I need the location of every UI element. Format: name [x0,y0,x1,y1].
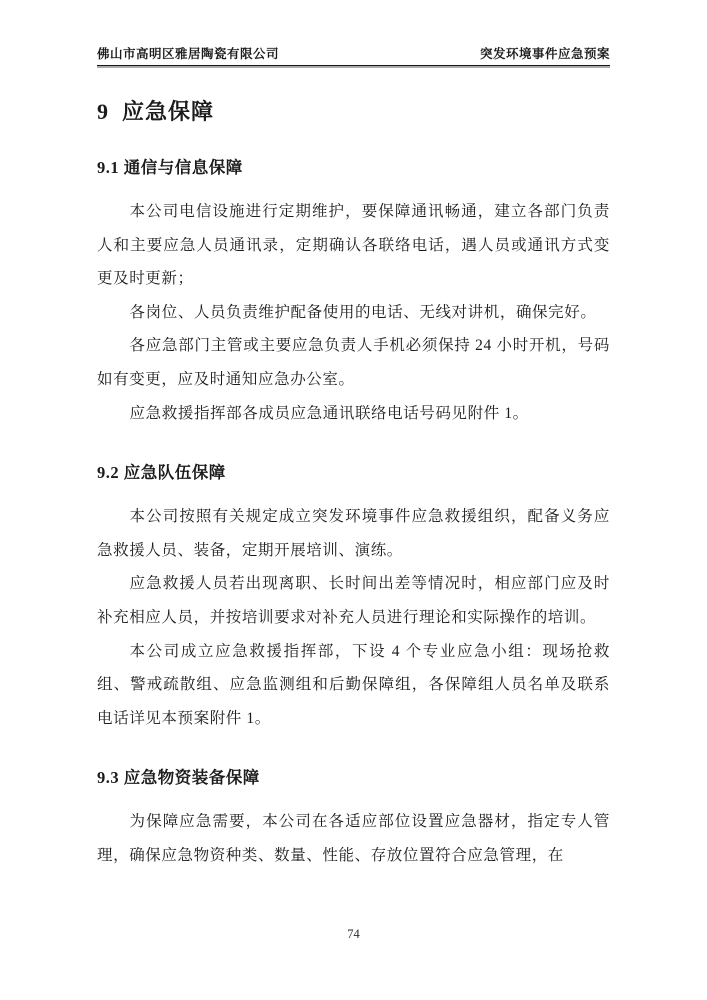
section-heading-9-1: 9.1 通信与信息保障 [97,156,610,180]
paragraph: 应急救援指挥部各成员应急通讯联络电话号码见附件 1。 [97,397,610,431]
section-heading-9-2: 9.2 应急队伍保障 [97,461,610,485]
header-company-name: 佛山市高明区雅居陶瓷有限公司 [97,47,279,62]
paragraph: 本公司成立应急救援指挥部，下设 4 个专业应急小组：现场抢救组、警戒疏散组、应急… [97,635,610,736]
document-page: 佛山市高明区雅居陶瓷有限公司 突发环境事件应急预案 9 应急保障 9.1 通信与… [0,0,707,1000]
paragraph: 各应急部门主管或主要应急负责人手机必须保持 24 小时开机，号码如有变更，应及时… [97,329,610,396]
header-row: 佛山市高明区雅居陶瓷有限公司 突发环境事件应急预案 [97,47,610,62]
paragraph: 本公司按照有关规定成立突发环境事件应急救援组织，配备义务应急救援人员、装备，定期… [97,500,610,567]
paragraph: 各岗位、人员负责维护配备使用的电话、无线对讲机，确保完好。 [97,296,610,330]
page-header: 佛山市高明区雅居陶瓷有限公司 突发环境事件应急预案 [97,0,610,68]
section-heading-9-3: 9.3 应急物资装备保障 [97,766,610,790]
page-content-area: 佛山市高明区雅居陶瓷有限公司 突发环境事件应急预案 9 应急保障 9.1 通信与… [0,0,707,873]
paragraph: 本公司电信设施进行定期维护，要保障通讯畅通，建立各部门负责人和主要应急人员通讯录… [97,195,610,296]
header-rule-divider [97,65,610,68]
paragraph: 应急救援人员若出现离职、长时间出差等情况时，相应部门应及时补充相应人员，并按培训… [97,567,610,634]
page-number: 74 [347,927,360,941]
page-footer: 74 [0,927,707,942]
paragraph: 为保障应急需要，本公司在各适应部位设置应急器材，指定专人管理，确保应急物资种类、… [97,805,610,872]
document-body: 9 应急保障 9.1 通信与信息保障 本公司电信设施进行定期维护，要保障通讯畅通… [97,99,610,873]
chapter-title: 9 应急保障 [97,99,610,125]
header-document-title: 突发环境事件应急预案 [480,47,610,62]
